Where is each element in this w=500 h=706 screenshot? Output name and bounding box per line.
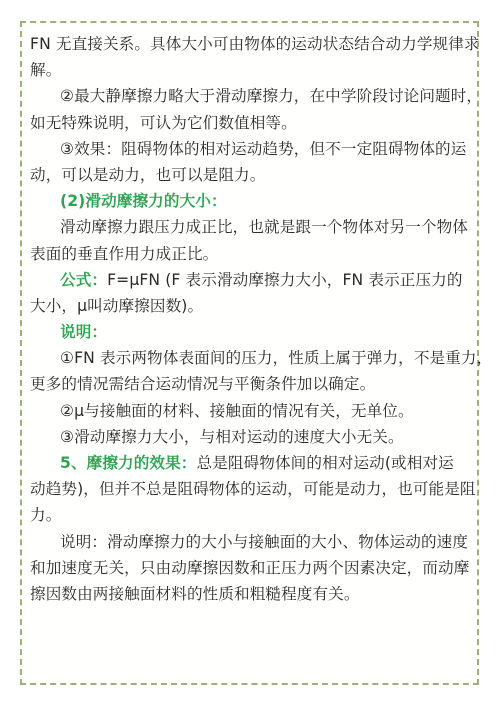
paragraph-line: 滑动摩擦力跟压力成正比，也就是跟一个物体对另一个物体 bbox=[30, 214, 470, 240]
section-heading-friction-effect: 5、摩擦力的效果：总是阻碍物体间的相对运动(或相对运 bbox=[30, 450, 470, 476]
paragraph-line: 擦因数由两接触面材料的性质和粗糙程度有关。 bbox=[30, 581, 470, 607]
paragraph-line: 更多的情况需结合运动情况与平衡条件加以确定。 bbox=[30, 371, 470, 397]
paragraph-line: ①FN 表示两物体表面间的压力，性质上属于弹力，不是重力， bbox=[30, 345, 470, 371]
paragraph-line: 表面的垂直作用力成正比。 bbox=[30, 241, 470, 267]
body-text: 滑动摩擦力跟压力成正比，也就是跟一个物体对另一个物体 bbox=[60, 218, 468, 236]
body-text: 表面的垂直作用力成正比。 bbox=[30, 245, 218, 263]
document-body: FN 无直接关系。具体大小可由物体的运动状态结合动力学规律求 解。 ②最大静摩擦… bbox=[30, 31, 470, 607]
body-text: 擦因数由两接触面材料的性质和粗糙程度有关。 bbox=[30, 585, 360, 603]
body-text: ③滑动摩擦力大小，与相对运动的速度大小无关。 bbox=[60, 428, 404, 446]
section-heading-sliding-friction-magnitude: (2)滑动摩擦力的大小： bbox=[30, 188, 470, 214]
body-text: ②最大静摩擦力略大于滑动摩擦力，在中学阶段讨论问题时， bbox=[60, 87, 482, 105]
body-text: 如无特殊说明，可认为它们数值相等。 bbox=[30, 114, 297, 132]
section-heading: 5、摩擦力的效果： bbox=[60, 454, 197, 472]
body-text: FN 无直接关系。具体大小可由物体的运动状态结合动力学规律求 bbox=[30, 35, 480, 53]
paragraph-line: ②μ与接触面的材料、接触面的情况有关，无单位。 bbox=[30, 398, 470, 424]
body-text: 动趋势)，但并不总是阻碍物体的运动，可能是动力，也可能是阻 bbox=[30, 480, 476, 498]
body-text: 解。 bbox=[30, 61, 61, 79]
paragraph-line: ③效果：阻碍物体的相对运动趋势，但不一定阻碍物体的运 bbox=[30, 136, 470, 162]
paragraph-line: FN 无直接关系。具体大小可由物体的运动状态结合动力学规律求 bbox=[30, 31, 470, 57]
paragraph-line: ③滑动摩擦力大小，与相对运动的速度大小无关。 bbox=[30, 424, 470, 450]
body-text: 说明：滑动摩擦力的大小与接触面的大小、物体运动的速度 bbox=[60, 533, 468, 551]
paragraph-line: 大小，μ叫动摩擦因数)。 bbox=[30, 293, 470, 319]
body-text: ②μ与接触面的材料、接触面的情况有关，无单位。 bbox=[60, 402, 414, 420]
body-text: ①FN 表示两物体表面间的压力，性质上属于弹力，不是重力， bbox=[60, 349, 492, 367]
paragraph-line: 力。 bbox=[30, 502, 470, 528]
body-text: 和加速度无关，只由动摩擦因数和正压力两个因素决定，而动摩 bbox=[30, 559, 469, 577]
body-text: 动，可以是动力，也可以是阻力。 bbox=[30, 166, 265, 184]
body-text: 总是阻碍物体间的相对运动(或相对运 bbox=[197, 454, 454, 472]
body-text: 更多的情况需结合运动情况与平衡条件加以确定。 bbox=[30, 375, 375, 393]
formula-label: 公式： bbox=[60, 271, 107, 289]
paragraph-line: 如无特殊说明，可认为它们数值相等。 bbox=[30, 110, 470, 136]
body-text: 力。 bbox=[30, 506, 61, 524]
formula-line: 公式：F=μFN (F 表示滑动摩擦力大小，FN 表示正压力的 bbox=[30, 267, 470, 293]
section-heading: (2)滑动摩擦力的大小： bbox=[60, 192, 227, 210]
paragraph-line: 说明：滑动摩擦力的大小与接触面的大小、物体运动的速度 bbox=[30, 529, 470, 555]
paragraph-line: 解。 bbox=[30, 57, 470, 83]
paragraph-line: 动趋势)，但并不总是阻碍物体的运动，可能是动力，也可能是阻 bbox=[30, 476, 470, 502]
note-heading: 说明： bbox=[30, 319, 470, 345]
body-text: 大小，μ叫动摩擦因数)。 bbox=[30, 297, 203, 315]
note-label: 说明： bbox=[60, 323, 107, 341]
body-text: ③效果：阻碍物体的相对运动趋势，但不一定阻碍物体的运 bbox=[60, 140, 466, 158]
paragraph-line: 动，可以是动力，也可以是阻力。 bbox=[30, 162, 470, 188]
paragraph-line: ②最大静摩擦力略大于滑动摩擦力，在中学阶段讨论问题时， bbox=[30, 83, 470, 109]
paragraph-line: 和加速度无关，只由动摩擦因数和正压力两个因素决定，而动摩 bbox=[30, 555, 470, 581]
formula-text: F=μFN (F 表示滑动摩擦力大小，FN 表示正压力的 bbox=[107, 271, 462, 289]
